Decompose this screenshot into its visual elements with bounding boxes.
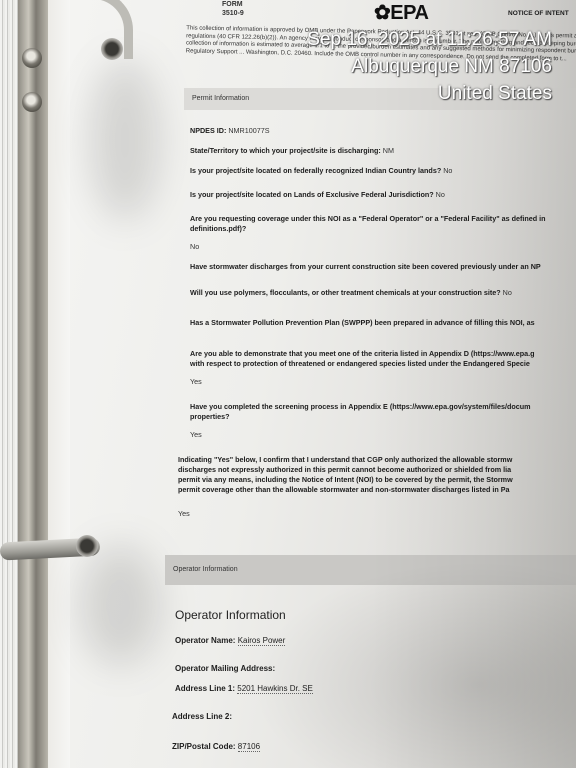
question-text: Is your project/site located on Lands of… bbox=[190, 190, 434, 199]
epa-noi-form: FORM 3510-9 ✿EPA NOTICE OF INTENT This c… bbox=[160, 0, 576, 768]
form-label-text: FORM bbox=[222, 0, 244, 9]
confirmation-line: discharges not expressly authorized in t… bbox=[178, 465, 576, 475]
zip-code-field: ZIP/Postal Code: 87106 bbox=[172, 742, 260, 751]
field-label: State/Territory to which your project/si… bbox=[190, 146, 381, 155]
timestamp-datetime: Sep 16, 2025 at 11:26:57 AM bbox=[307, 26, 552, 53]
question-text: Has a Stormwater Pollution Prevention Pl… bbox=[190, 318, 535, 327]
question-polymers: Will you use polymers, flocculants, or o… bbox=[190, 288, 576, 298]
field-value: Kairos Power bbox=[238, 636, 286, 646]
address-line-2-field: Address Line 2: bbox=[172, 712, 232, 721]
field-label: Address Line 2: bbox=[172, 712, 232, 721]
state-field: State/Territory to which your project/si… bbox=[190, 146, 576, 156]
question-federal-operator: Are you requesting coverage under this N… bbox=[190, 214, 576, 234]
address-line-1-field: Address Line 1: 5201 Hawkins Dr. SE bbox=[175, 684, 313, 693]
punch-hole-top bbox=[101, 38, 123, 60]
question-indian-country: Is your project/site located on federall… bbox=[190, 166, 576, 176]
form-number: FORM 3510-9 bbox=[222, 0, 244, 18]
mailing-address-label: Operator Mailing Address: bbox=[175, 664, 275, 673]
question-appendix-d: Are you able to demonstrate that you mee… bbox=[190, 349, 576, 369]
question-answer: Yes bbox=[190, 430, 202, 439]
question-text: Have stormwater discharges from your cur… bbox=[190, 262, 541, 271]
npdes-id-field: NPDES ID: NMR10077S bbox=[190, 126, 576, 136]
operator-name-field: Operator Name: Kairos Power bbox=[175, 636, 285, 645]
ring-shadow bbox=[90, 60, 160, 220]
form-title: NOTICE OF INTENT bbox=[508, 10, 569, 17]
page-margin bbox=[48, 0, 71, 768]
field-value: 87106 bbox=[238, 742, 260, 752]
timestamp-location: Albuquerque NM 87106 bbox=[307, 53, 552, 80]
confirmation-line: Indicating "Yes" below, I confirm that I… bbox=[178, 455, 576, 465]
binder-photo: FORM 3510-9 ✿EPA NOTICE OF INTENT This c… bbox=[0, 0, 576, 768]
confirmation-statement: Indicating "Yes" below, I confirm that I… bbox=[178, 455, 576, 495]
question-answer: No bbox=[190, 242, 199, 251]
epa-logo-text: EPA bbox=[390, 2, 428, 24]
operator-heading: Operator Information bbox=[175, 608, 286, 622]
confirmation-answer: Yes bbox=[178, 509, 190, 518]
question-text: Are you requesting coverage under this N… bbox=[190, 214, 576, 224]
field-label: Operator Name: bbox=[175, 636, 235, 645]
question-text: Will you use polymers, flocculants, or o… bbox=[190, 288, 501, 297]
field-value: NMR10077S bbox=[228, 126, 269, 135]
field-value: 5201 Hawkins Dr. SE bbox=[237, 684, 313, 694]
question-text-cont: definitions.pdf)? bbox=[190, 224, 576, 234]
binder-spine bbox=[18, 0, 48, 768]
question-appendix-e: Have you completed the screening process… bbox=[190, 402, 576, 422]
question-text: Are you able to demonstrate that you mee… bbox=[190, 349, 576, 359]
question-answer: Yes bbox=[190, 377, 202, 386]
field-value: NM bbox=[383, 146, 394, 155]
question-answer: No bbox=[436, 190, 445, 199]
question-answer: No bbox=[443, 166, 452, 175]
question-swppp: Has a Stormwater Pollution Prevention Pl… bbox=[190, 318, 576, 328]
ring-shadow bbox=[80, 545, 160, 665]
question-answer: No bbox=[503, 288, 512, 297]
question-text-cont: properties? bbox=[190, 412, 576, 422]
timestamp-country: United States bbox=[307, 80, 552, 107]
field-label: NPDES ID: bbox=[190, 126, 226, 135]
epa-logo: ✿EPA bbox=[374, 0, 428, 25]
photo-timestamp-overlay: Sep 16, 2025 at 11:26:57 AM Albuquerque … bbox=[307, 26, 552, 107]
epa-flower-icon: ✿ bbox=[374, 2, 390, 24]
question-previous-coverage: Have stormwater discharges from your cur… bbox=[190, 262, 576, 272]
question-federal-jurisdiction: Is your project/site located on Lands of… bbox=[190, 190, 576, 200]
confirmation-line: permit via any means, including the Noti… bbox=[178, 475, 576, 485]
operator-information-header: Operator Information bbox=[165, 555, 576, 585]
question-text: Have you completed the screening process… bbox=[190, 402, 576, 412]
form-number-text: 3510-9 bbox=[222, 9, 244, 18]
field-label: ZIP/Postal Code: bbox=[172, 742, 236, 751]
confirmation-line: permit coverage other than the allowable… bbox=[178, 485, 576, 495]
punch-hole-bottom bbox=[76, 535, 98, 557]
binder-rivet bbox=[22, 48, 42, 68]
field-label: Address Line 1: bbox=[175, 684, 235, 693]
question-text: Is your project/site located on federall… bbox=[190, 166, 441, 175]
question-text-cont: with respect to protection of threatened… bbox=[190, 359, 576, 369]
binder-rivet bbox=[22, 92, 42, 112]
